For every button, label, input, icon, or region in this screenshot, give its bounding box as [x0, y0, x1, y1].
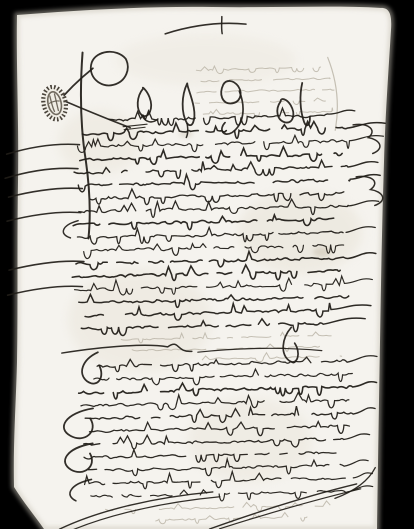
paper-stain — [116, 34, 296, 86]
invocation-cross-stroke — [221, 17, 222, 34]
paper-sheet — [14, 7, 391, 529]
manuscript-page — [0, 0, 414, 529]
paper-smudge — [313, 247, 331, 257]
manuscript-scan: Scanned page of a 16th-century Spanish n… — [0, 0, 414, 529]
